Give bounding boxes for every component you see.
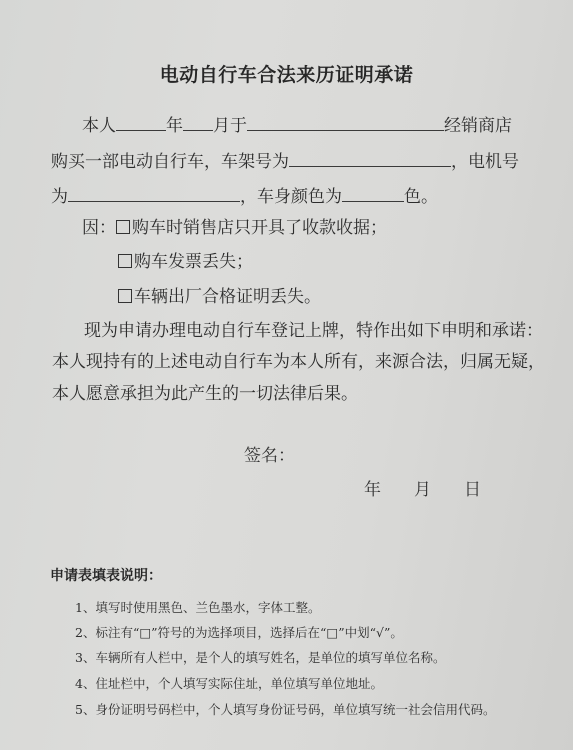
purchase-line-3: 为，车身颜色为色。 [51,182,438,207]
invoice-lost-checkbox[interactable] [118,254,132,268]
note-item-4: 4、住址栏中，个人填写实际住址，单位填写单位地址。 [75,674,383,692]
reason-option-2: 购车发票丢失； [118,247,253,272]
purchase-line-2: 购买一部电动自行车，车架号为，电机号 [51,147,519,172]
purchase-line-1: 本人年月于经销商店 [82,111,512,136]
note-item-1: 1、填写时使用黑色、兰色墨水，字体工整。 [75,598,320,616]
dealer-blank-field[interactable] [247,116,444,131]
certificate-lost-checkbox[interactable] [118,289,132,303]
text-dealer-store: 经销商店 [444,116,512,136]
text-body-color: ，车身颜色为 [240,187,342,207]
text-color-end: 色。 [404,187,438,207]
text-year: 年 [166,116,183,136]
receipt-only-checkbox[interactable] [116,220,130,234]
notes-title: 申请表填表说明： [50,565,162,585]
declaration-line-2: 本人现持有的上述电动自行车为本人所有，来源合法，归属无疑， [52,347,545,372]
note-item-3: 3、车辆所有人栏中，是个人的填写姓名，是单位的填写单位名称。 [75,648,445,666]
text-because: 因： [82,218,116,238]
signature-day: 日 [464,475,481,500]
document-title: 电动自行车合法来历证明承诺 [0,60,573,87]
signature-month: 月 [414,475,431,500]
reason-option-3: 车辆出厂合格证明丢失。 [118,282,321,307]
declaration-line-3: 本人愿意承担为此产生的一切法律后果。 [52,379,358,404]
text-motor-number: ，电机号 [451,152,519,172]
note-item-5: 5、身份证明号码栏中，个人填写身份证号码，单位填写统一社会信用代码。 [75,700,495,718]
declaration-line-1: 现为申请办理电动自行车登记上牌，特作出如下申明和承诺： [84,316,543,341]
text-ben-ren: 本人 [82,116,116,136]
reason-label-2: 购车发票丢失； [134,252,253,272]
note-item-2: 2、标注有“□”符号的为选择项目，选择后在“□”中划“√”。 [75,623,403,641]
signature-year: 年 [364,475,381,500]
reason-label-1: 购车时销售店只开具了收款收据； [132,218,387,238]
text-month-at: 月于 [213,116,247,136]
frame-number-blank-field[interactable] [289,152,451,167]
document-page: 电动自行车合法来历证明承诺 本人年月于经销商店 购买一部电动自行车，车架号为，电… [0,0,573,750]
reason-option-1: 因：购车时销售店只开具了收款收据； [82,213,387,238]
motor-number-blank-field[interactable] [68,187,240,202]
signature-label: 签名： [244,441,295,466]
color-blank-field[interactable] [342,187,404,202]
text-buy-ebike: 购买一部电动自行车，车架号为 [51,152,289,172]
reason-label-3: 车辆出厂合格证明丢失。 [134,287,321,307]
month-blank-field[interactable] [183,116,213,131]
text-wei: 为 [51,187,68,207]
year-blank-field[interactable] [116,116,166,131]
